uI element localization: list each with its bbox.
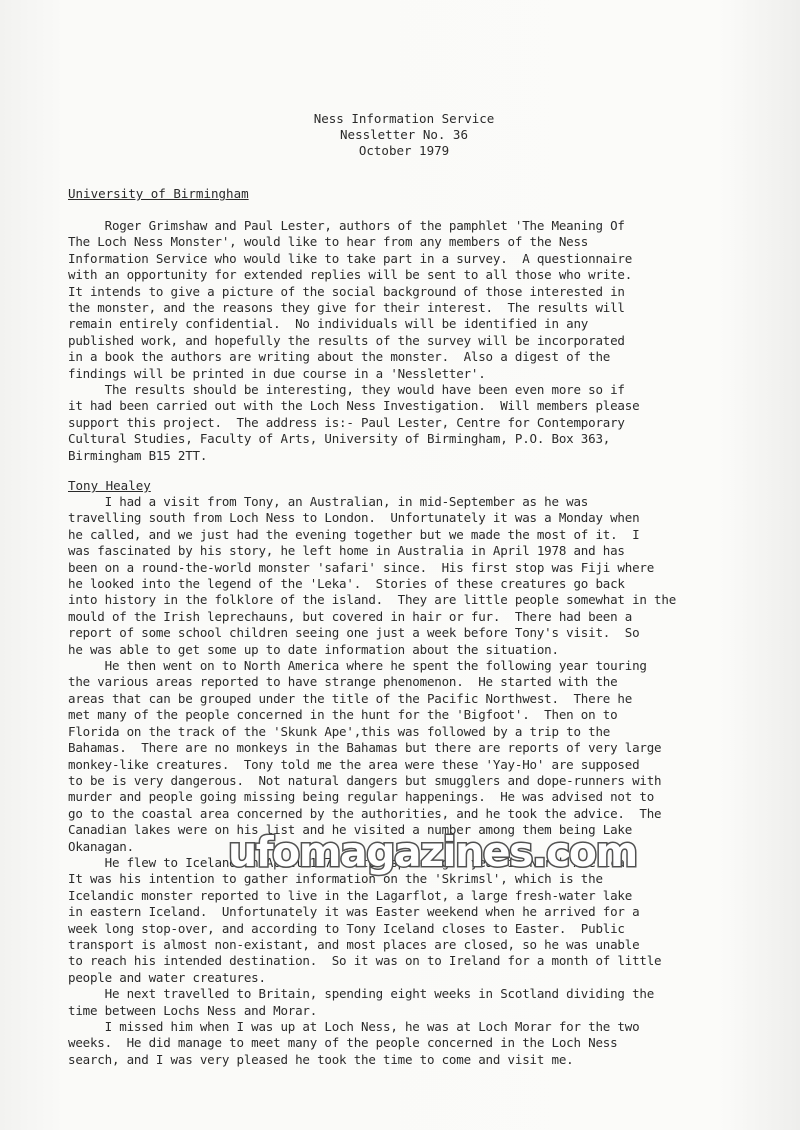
newsletter-date: October 1979 [0, 143, 800, 159]
section-body-tony-healey: I had a visit from Tony, an Australian, … [68, 494, 788, 1068]
section-body-birmingham: Roger Grimshaw and Paul Lester, authors … [68, 218, 788, 464]
watermark: ufomagazines.com [228, 828, 637, 876]
document-page: Ness Information Service Nessletter No. … [0, 0, 800, 1130]
organization-name: Ness Information Service [0, 111, 800, 127]
newsletter-issue: Nessletter No. 36 [0, 127, 800, 143]
newsletter-header: Ness Information Service Nessletter No. … [0, 111, 800, 159]
section-title-tony-healey: Tony Healey [68, 478, 151, 493]
section-title-birmingham: University of Birmingham [68, 186, 249, 201]
